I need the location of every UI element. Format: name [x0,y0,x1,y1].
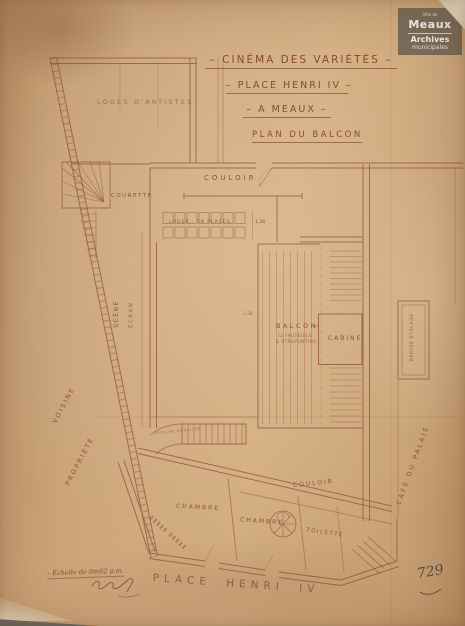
watermark-divider [408,33,453,34]
watermark-city: Meaux [398,18,462,31]
signature-scribble [92,578,140,597]
room-label-loges-artistes: LOGES D'ARTISTES [97,99,194,106]
room-label-loges-places: LOGES - 18 PLACES [169,221,231,226]
room-label-ecran: ÉCRAN [129,285,135,345]
dimension-loges: 1.36 [255,221,265,226]
archives-watermark: Ville de Meaux Archives municipales [398,8,462,55]
room-label-balcon: BALCON [276,323,318,330]
room-label-cabine: CABINE [328,336,362,342]
balcon-seat-count-2: & STRAPONTINS [276,340,316,344]
watermark-org-line1: Archives [398,36,462,44]
room-label-remise-etalage: REMISE ÉTALAGE [411,305,415,369]
plan-title-line2: – PLACE HENRI IV – [226,81,348,94]
watermark-prefix: Ville de [398,12,462,17]
dimension-balcon: 1.34 [243,313,253,317]
floor-plan-linework [0,0,465,626]
balcon-seat-count-1: 72 FAUTEUILS [277,334,312,338]
plan-title-line3: – A MEAUX – [243,105,331,118]
watermark-org-line2: municipales [398,45,462,51]
winder-staircase [62,162,110,258]
plan-title-line1: – CINÉMA DES VARIÉTÉS – [205,55,397,69]
scanned-archive-plan: – CINÉMA DES VARIÉTÉS – – PLACE HENRI IV… [0,0,465,626]
room-label-couloir-haut: COULOIR [204,175,257,182]
folio-underline [420,589,441,594]
plan-title-line4: PLAN DU BALCON [252,131,362,143]
room-label-scene: SCÈNE [114,284,120,344]
room-label-courette: COURETTE [111,194,153,200]
